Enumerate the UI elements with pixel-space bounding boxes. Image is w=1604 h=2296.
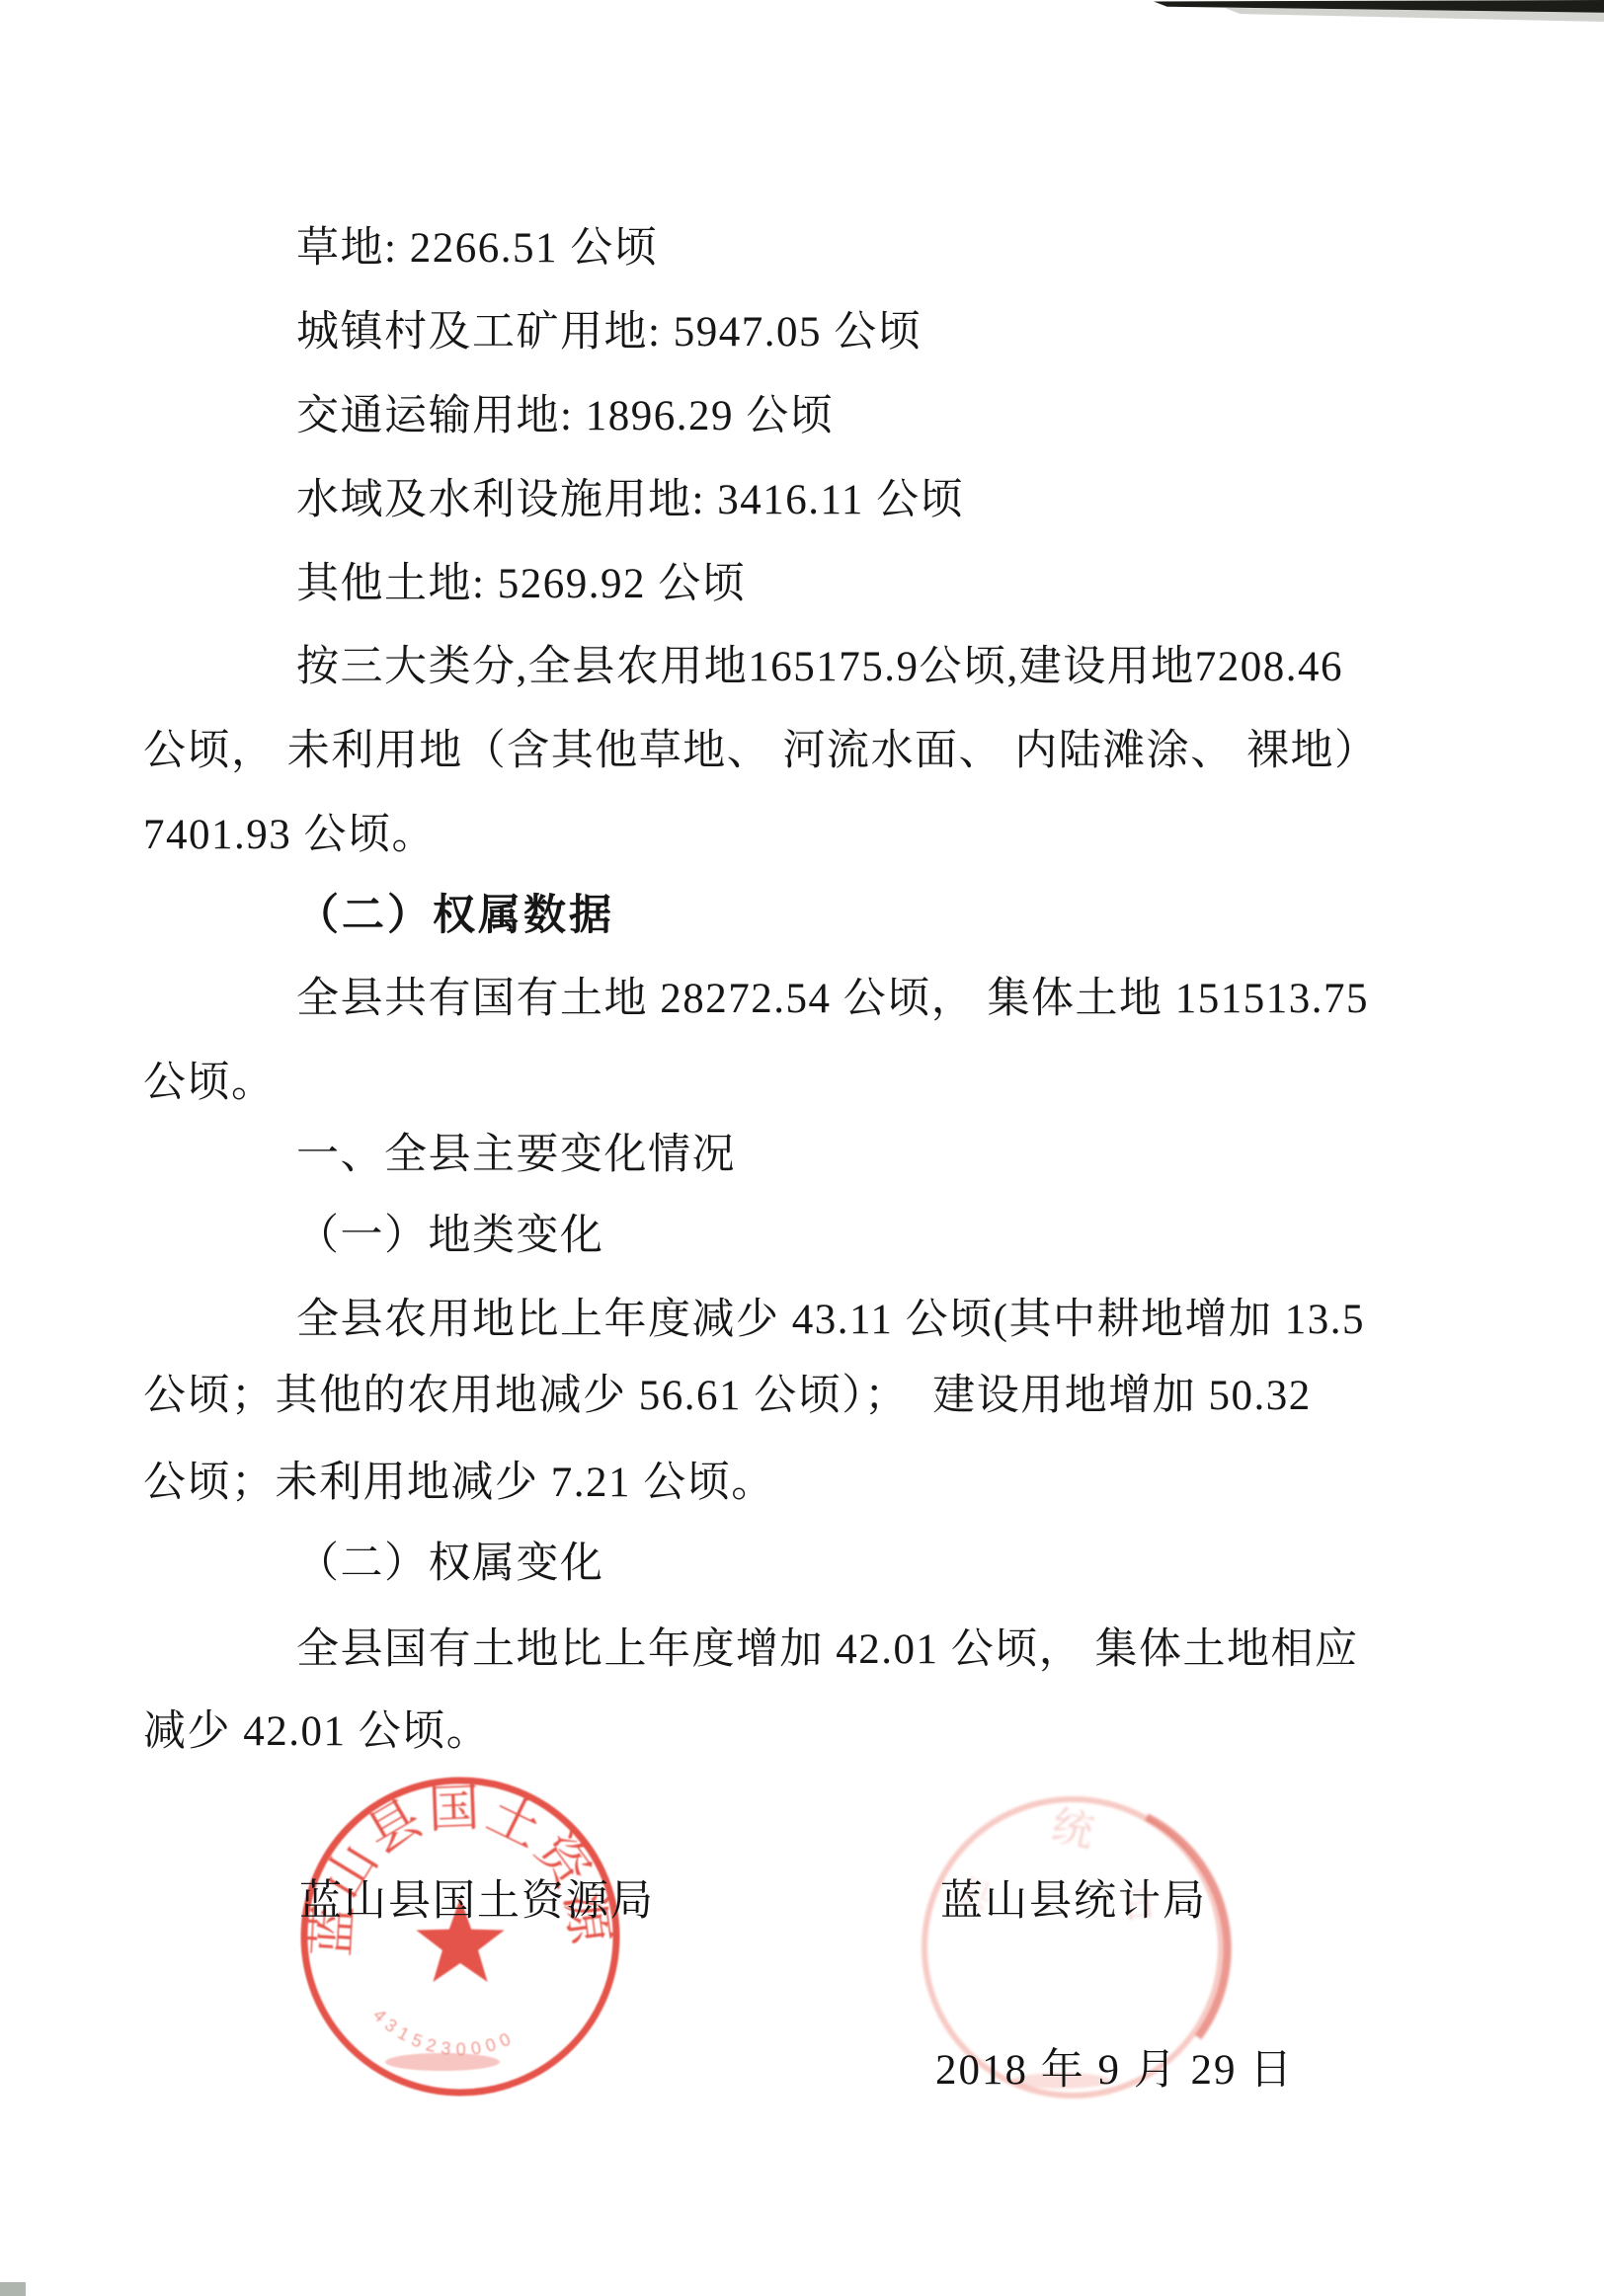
left-agency-name: 蓝山县国土资源局 bbox=[299, 1867, 655, 1928]
subsection-title: （二）权属变化 bbox=[296, 1541, 604, 1588]
official-seal-land-resources: 蓝山县国土资源局 4315230000 bbox=[294, 1766, 632, 2113]
doc-line: 公顷。 bbox=[143, 1060, 276, 1107]
right-agency-name: 蓝山县统计局 bbox=[940, 1867, 1207, 1928]
doc-line: 全县共有国有土地 28272.54 公顷， 集体土地 151513.75 bbox=[296, 976, 1369, 1023]
doc-line: 公顷；未利用地减少 7.21 公顷。 bbox=[143, 1460, 775, 1507]
section-heading: （二）权属数据 bbox=[296, 892, 614, 939]
seal-ink-smudge bbox=[385, 2053, 500, 2071]
scanned-document-page: 草地: 2266.51 公顷 城镇村及工矿用地: 5947.05 公顷 交通运输… bbox=[0, 0, 1604, 2296]
doc-line: 交通运输用地: 1896.29 公顷 bbox=[296, 393, 834, 440]
doc-line: 7401.93 公顷。 bbox=[143, 812, 436, 859]
section-title: 一、全县主要变化情况 bbox=[296, 1132, 736, 1179]
seal-serial-digits: 4315230000 bbox=[369, 2005, 519, 2059]
doc-line: 城镇村及工矿用地: 5947.05 公顷 bbox=[296, 309, 922, 356]
doc-line: 其他土地: 5269.92 公顷 bbox=[296, 561, 746, 608]
doc-line: 全县农用地比上年度减少 43.11 公顷(其中耕地增加 13.5 bbox=[296, 1297, 1365, 1344]
doc-line: 公顷；其他的农用地减少 56.61 公顷）； 建设用地增加 50.32 bbox=[143, 1373, 1312, 1420]
subsection-title: （一）地类变化 bbox=[296, 1213, 604, 1260]
doc-line: 草地: 2266.51 公顷 bbox=[296, 225, 658, 273]
doc-line: 水域及水利设施用地: 3416.11 公顷 bbox=[296, 477, 964, 524]
doc-line: 减少 42.01 公顷。 bbox=[143, 1708, 490, 1756]
doc-line: 按三大类分,全县农用地165175.9公顷,建设用地7208.46 bbox=[296, 644, 1343, 691]
doc-line: 公顷， 未利用地（含其他草地、 河流水面、 内陆滩涂、 裸地） bbox=[143, 728, 1379, 775]
doc-line: 全县国有土地比上年度增加 42.01 公顷， 集体土地相应 bbox=[296, 1626, 1359, 1674]
seal-faint-glyph: 统 bbox=[1048, 1803, 1098, 1857]
scan-artifact-bottom-left-corner bbox=[0, 2282, 26, 2296]
document-date: 2018 年 9 月 29 日 bbox=[935, 2036, 1294, 2097]
